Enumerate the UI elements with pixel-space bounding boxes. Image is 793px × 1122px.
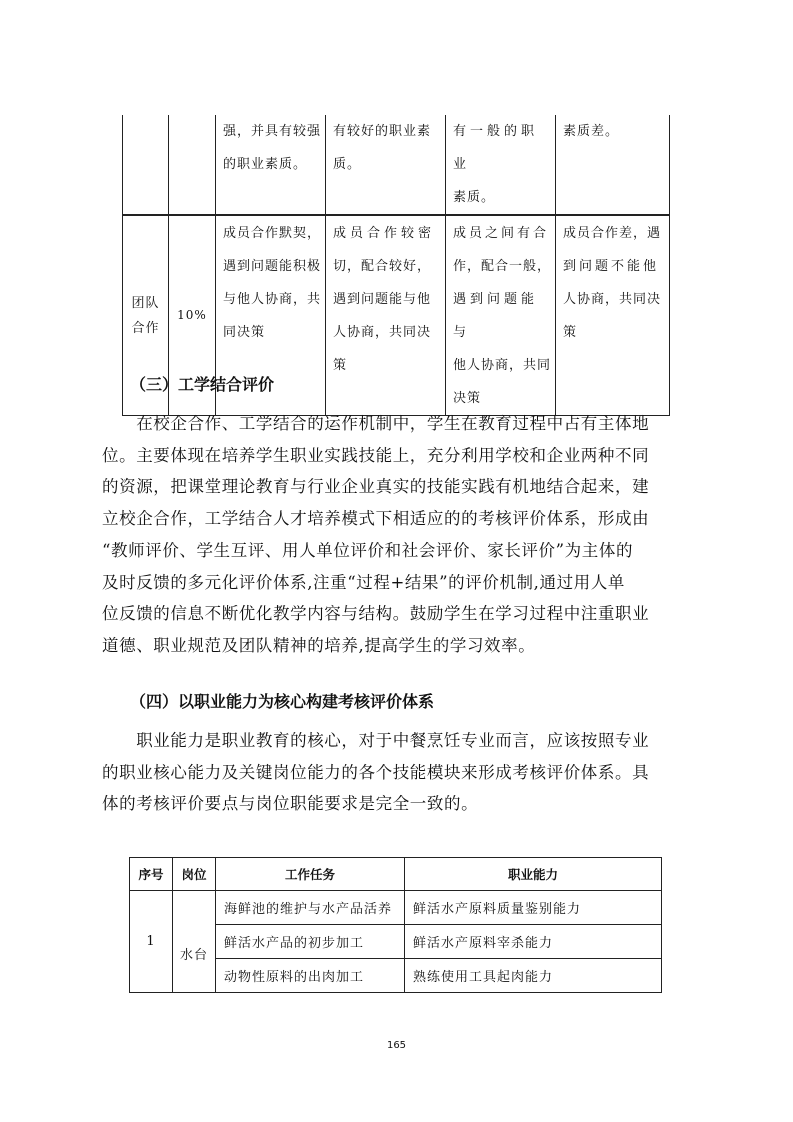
header-seq: 序号 xyxy=(130,858,173,891)
section-paragraph-work-study: 在校企合作、工学结合的运作机制中，学生在教育过程中占有主体地 位。主要体现在培养… xyxy=(102,408,692,662)
level-cell: 强，并具有较强的职业素质。 xyxy=(216,115,326,215)
level-cell: 有较好的职业素质。 xyxy=(326,115,446,215)
table-row: 强，并具有较强的职业素质。 有较好的职业素质。 有一般的职业素质。 素质差。 xyxy=(123,115,670,215)
header-ability: 职业能力 xyxy=(405,858,662,891)
level-cell: 成员合作较密切，配合较好，遇到问题能与他人协商，共同决策 xyxy=(326,215,446,416)
level-cell: 素质差。 xyxy=(556,115,670,215)
ability-cell: 鲜活水产原料质量鉴别能力 xyxy=(405,891,662,925)
page-number: 165 xyxy=(0,1040,793,1051)
ability-cell: 熟练使用工具起肉能力 xyxy=(405,959,662,993)
evaluation-criteria-table: 强，并具有较强的职业素质。 有较好的职业素质。 有一般的职业素质。 素质差。 团… xyxy=(122,115,670,416)
task-cell: 海鲜池的维护与水产品活养 xyxy=(216,891,405,925)
level-cell: 有一般的职业素质。 xyxy=(446,115,556,215)
task-cell: 鲜活水产品的初步加工 xyxy=(216,925,405,959)
category-cell xyxy=(123,115,169,215)
header-post: 岗位 xyxy=(173,858,216,891)
section-heading-work-study: （三）工学结合评价 xyxy=(130,372,274,395)
header-task: 工作任务 xyxy=(216,858,405,891)
post-competency-table: 序号 岗位 工作任务 职业能力 1 水台 海鲜池的维护与水产品活养 鲜活水产原料… xyxy=(129,857,662,993)
level-cell: 成员之间有合作，配合一般，遇到问题能与他人协商，共同决策 xyxy=(446,215,556,416)
post-cell: 水台 xyxy=(173,891,216,993)
ability-cell: 鲜活水产原料宰杀能力 xyxy=(405,925,662,959)
weight-cell xyxy=(169,115,216,215)
task-cell: 动物性原料的出肉加工 xyxy=(216,959,405,993)
table-row: 1 水台 海鲜池的维护与水产品活养 鲜活水产原料质量鉴别能力 xyxy=(130,891,662,925)
seq-cell: 1 xyxy=(130,891,173,993)
section-heading-competency: （四）以职业能力为核心构建考核评价体系 xyxy=(130,689,434,712)
section-paragraph-competency: 职业能力是职业教育的核心，对于中餐烹饪专业而言，应该按照专业 的职业核心能力及关… xyxy=(102,725,692,820)
level-cell: 成员合作差，遇到问题不能他人协商，共同决策 xyxy=(556,215,670,416)
table-header-row: 序号 岗位 工作任务 职业能力 xyxy=(130,858,662,891)
